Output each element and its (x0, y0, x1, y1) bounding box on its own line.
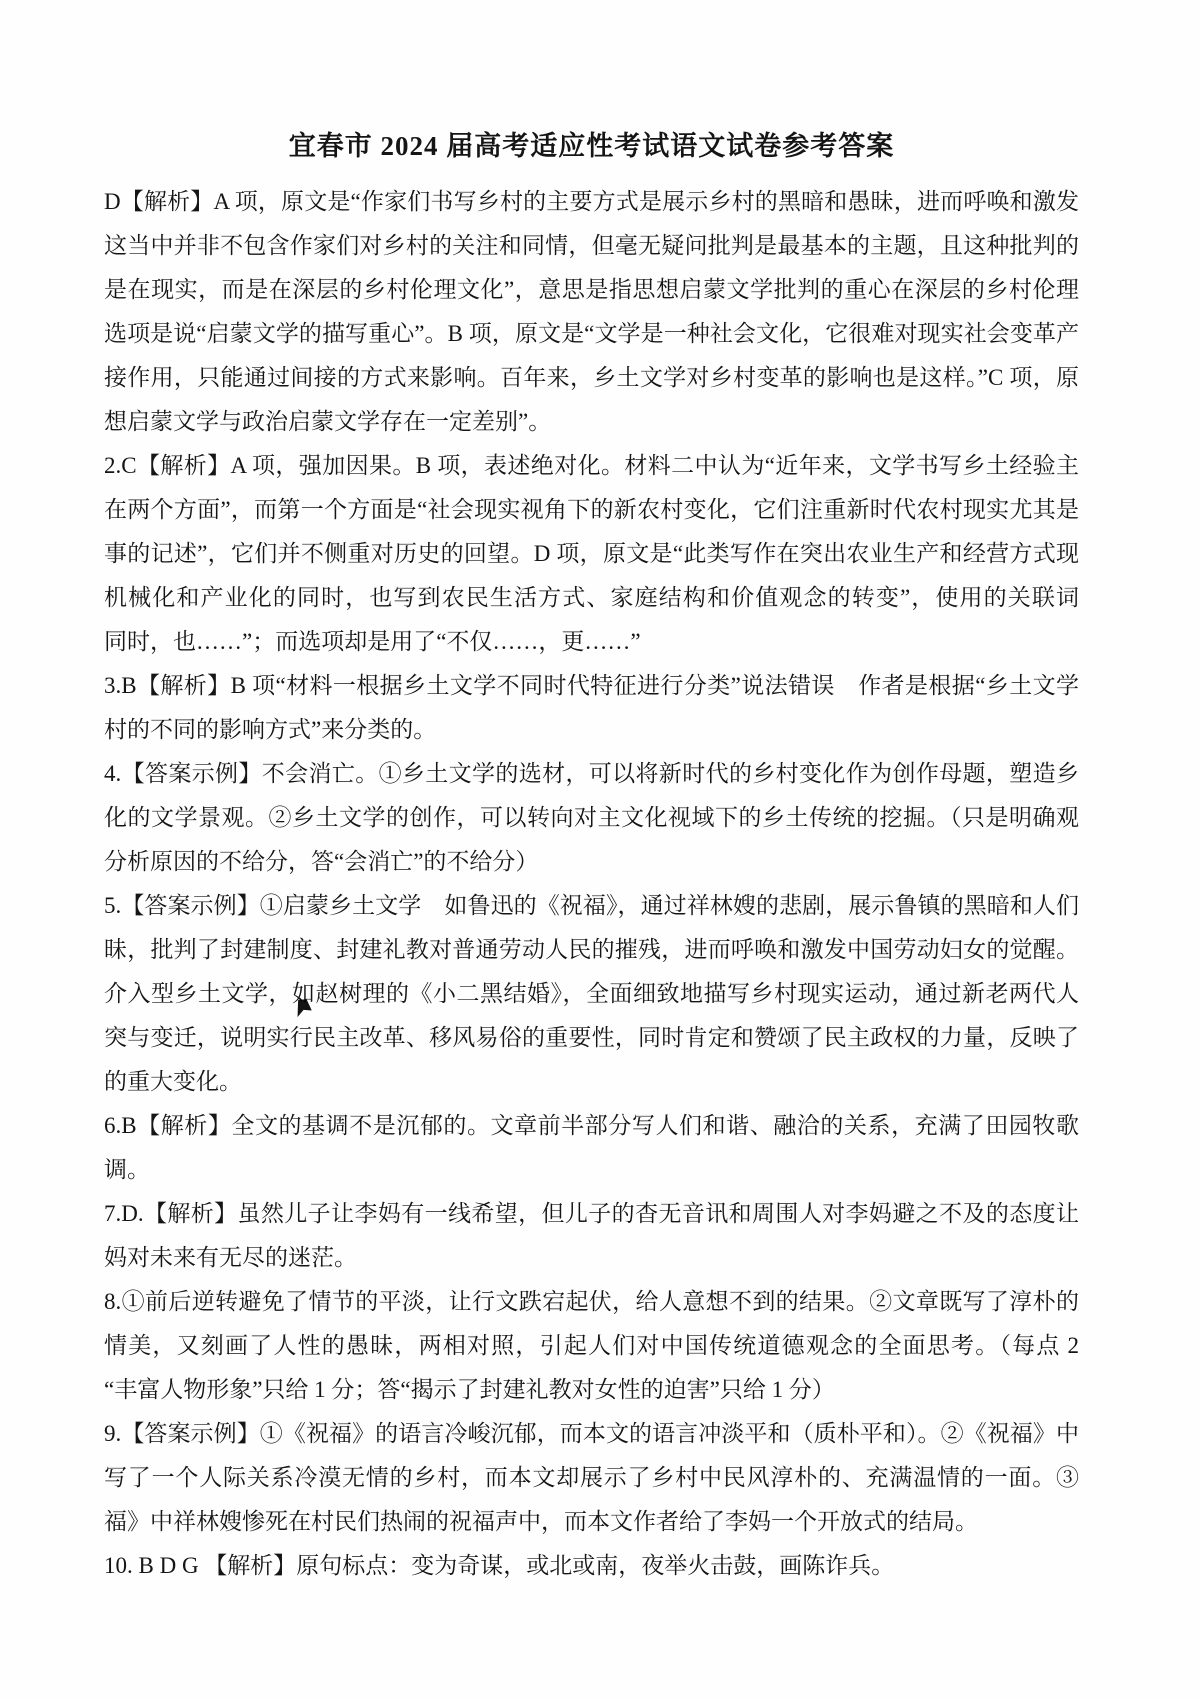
answer-line: 5.【答案示例】①启蒙乡土文学 如鲁迅的《祝福》，通过祥林嫂的悲剧，展示鲁镇的黑… (104, 884, 1079, 928)
answer-line: 在两个方面”，而第一个方面是“社会现实视角下的新农村变化，它们注重新时代农村现实… (104, 488, 1079, 532)
answer-paragraph-10: 10. B D G 【解析】原句标点：变为奇谋，或北或南，夜举火击鼓，画陈诈兵。 (104, 1544, 1079, 1588)
answer-line: 福》中祥林嫂惨死在村民们热闹的祝福声中，而本文作者给了李妈一个开放式的结局。 (104, 1500, 1079, 1544)
answer-line: 分析原因的不给分，答“会消亡”的不给分） (104, 840, 1079, 884)
answer-line: 机械化和产业化的同时，也写到农民生活方式、家庭结构和价值观念的转变”，使用的关联… (104, 576, 1079, 620)
answer-line: 同时，也……”；而选项却是用了“不仅……，更……” (104, 620, 1079, 664)
answer-paragraph-3: 3.B【解析】B 项“材料一根据乡土文学不同时代特征进行分类”说法错误 作者是根… (104, 664, 1079, 752)
answer-line: 这当中并非不包含作家们对乡村的关注和同情，但毫无疑问批判是最基本的主题，且这种批… (104, 224, 1079, 268)
answer-line: 2.C【解析】A 项，强加因果。B 项，表述绝对化。材料二中认为“近年来，文学书… (104, 444, 1079, 488)
answer-line: 村的不同的影响方式”来分类的。 (104, 708, 1079, 752)
answer-paragraph-2: 2.C【解析】A 项，强加因果。B 项，表述绝对化。材料二中认为“近年来，文学书… (104, 444, 1079, 664)
answer-line: 接作用，只能通过间接的方式来影响。百年来，乡土文学对乡村变革的影响也是这样。”C… (104, 356, 1079, 400)
answer-line: 9.【答案示例】①《祝福》的语言冷峻沉郁，而本文的语言冲淡平和（质朴平和）。②《… (104, 1412, 1079, 1456)
answer-line: 写了一个人际关系冷漠无情的乡村，而本文却展示了乡村中民风淳朴的、充满温情的一面。… (104, 1456, 1079, 1500)
answer-line: 10. B D G 【解析】原句标点：变为奇谋，或北或南，夜举火击鼓，画陈诈兵。 (104, 1544, 1079, 1588)
answer-line: 选项是说“启蒙文学的描写重心”。B 项，原文是“文学是一种社会文化，它很难对现实… (104, 312, 1079, 356)
scanned-answer-sheet-page: 宜春市 2024 届高考适应性考试语文试卷参考答案 D【解析】A 项，原文是“作… (0, 0, 1200, 1698)
answer-paragraph-7: 7.D.【解析】虽然儿子让李妈有一线希望，但儿子的杳无音讯和周围人对李妈避之不及… (104, 1192, 1079, 1280)
answer-line: 情美，又刻画了人性的愚昧，两相对照，引起人们对中国传统道德观念的全面思考。（每点… (104, 1324, 1079, 1368)
answer-line: 妈对未来有无尽的迷茫。 (104, 1236, 1079, 1280)
answer-line: D【解析】A 项，原文是“作家们书写乡村的主要方式是展示乡村的黑暗和愚昧，进而呼… (104, 180, 1079, 224)
answer-line: 事的记述”，它们并不侧重对历史的回望。D 项，原文是“此类写作在突出农业生产和经… (104, 532, 1079, 576)
page-title: 宜春市 2024 届高考适应性考试语文试卷参考答案 (104, 126, 1079, 166)
answer-line: 7.D.【解析】虽然儿子让李妈有一线希望，但儿子的杳无音讯和周围人对李妈避之不及… (104, 1192, 1079, 1236)
answer-line: 化的文学景观。②乡土文学的创作，可以转向对主文化视域下的乡土传统的挖掘。（只是明… (104, 796, 1079, 840)
answer-paragraph-1: D【解析】A 项，原文是“作家们书写乡村的主要方式是展示乡村的黑暗和愚昧，进而呼… (104, 180, 1079, 444)
answer-line: 突与变迁，说明实行民主改革、移风易俗的重要性，同时肯定和赞颂了民主政权的力量，反… (104, 1016, 1079, 1060)
answer-line: 想启蒙文学与政治启蒙文学存在一定差别”。 (104, 400, 1079, 444)
answer-paragraph-6: 6.B【解析】全文的基调不是沉郁的。文章前半部分写人们和谐、融洽的关系，充满了田… (104, 1104, 1079, 1192)
answer-line: 4.【答案示例】不会消亡。①乡土文学的选材，可以将新时代的乡村变化作为创作母题，… (104, 752, 1079, 796)
answer-body: D【解析】A 项，原文是“作家们书写乡村的主要方式是展示乡村的黑暗和愚昧，进而呼… (104, 180, 1079, 1588)
answer-line: 6.B【解析】全文的基调不是沉郁的。文章前半部分写人们和谐、融洽的关系，充满了田… (104, 1104, 1079, 1148)
answer-line: 调。 (104, 1148, 1079, 1192)
answer-line: 的重大变化。 (104, 1060, 1079, 1104)
answer-sheet-content: 宜春市 2024 届高考适应性考试语文试卷参考答案 D【解析】A 项，原文是“作… (104, 126, 1079, 1588)
answer-line: 是在现实，而是在深层的乡村伦理文化”，意思是指思想启蒙文学批判的重心在深层的乡村… (104, 268, 1079, 312)
answer-line: 8.①前后逆转避免了情节的平淡，让行文跌宕起伏，给人意想不到的结果。②文章既写了… (104, 1280, 1079, 1324)
answer-line: 3.B【解析】B 项“材料一根据乡土文学不同时代特征进行分类”说法错误 作者是根… (104, 664, 1079, 708)
answer-line: 介入型乡土文学，如赵树理的《小二黑结婚》，全面细致地描写乡村现实运动，通过新老两… (104, 972, 1079, 1016)
answer-paragraph-5: 5.【答案示例】①启蒙乡土文学 如鲁迅的《祝福》，通过祥林嫂的悲剧，展示鲁镇的黑… (104, 884, 1079, 1104)
answer-paragraph-4: 4.【答案示例】不会消亡。①乡土文学的选材，可以将新时代的乡村变化作为创作母题，… (104, 752, 1079, 884)
answer-paragraph-9: 9.【答案示例】①《祝福》的语言冷峻沉郁，而本文的语言冲淡平和（质朴平和）。②《… (104, 1412, 1079, 1544)
answer-line: 昧，批判了封建制度、封建礼教对普通劳动人民的摧残，进而呼唤和激发中国劳动妇女的觉… (104, 928, 1079, 972)
answer-line: “丰富人物形象”只给 1 分；答“揭示了封建礼教对女性的迫害”只给 1 分） (104, 1368, 1079, 1412)
answer-paragraph-8: 8.①前后逆转避免了情节的平淡，让行文跌宕起伏，给人意想不到的结果。②文章既写了… (104, 1280, 1079, 1412)
